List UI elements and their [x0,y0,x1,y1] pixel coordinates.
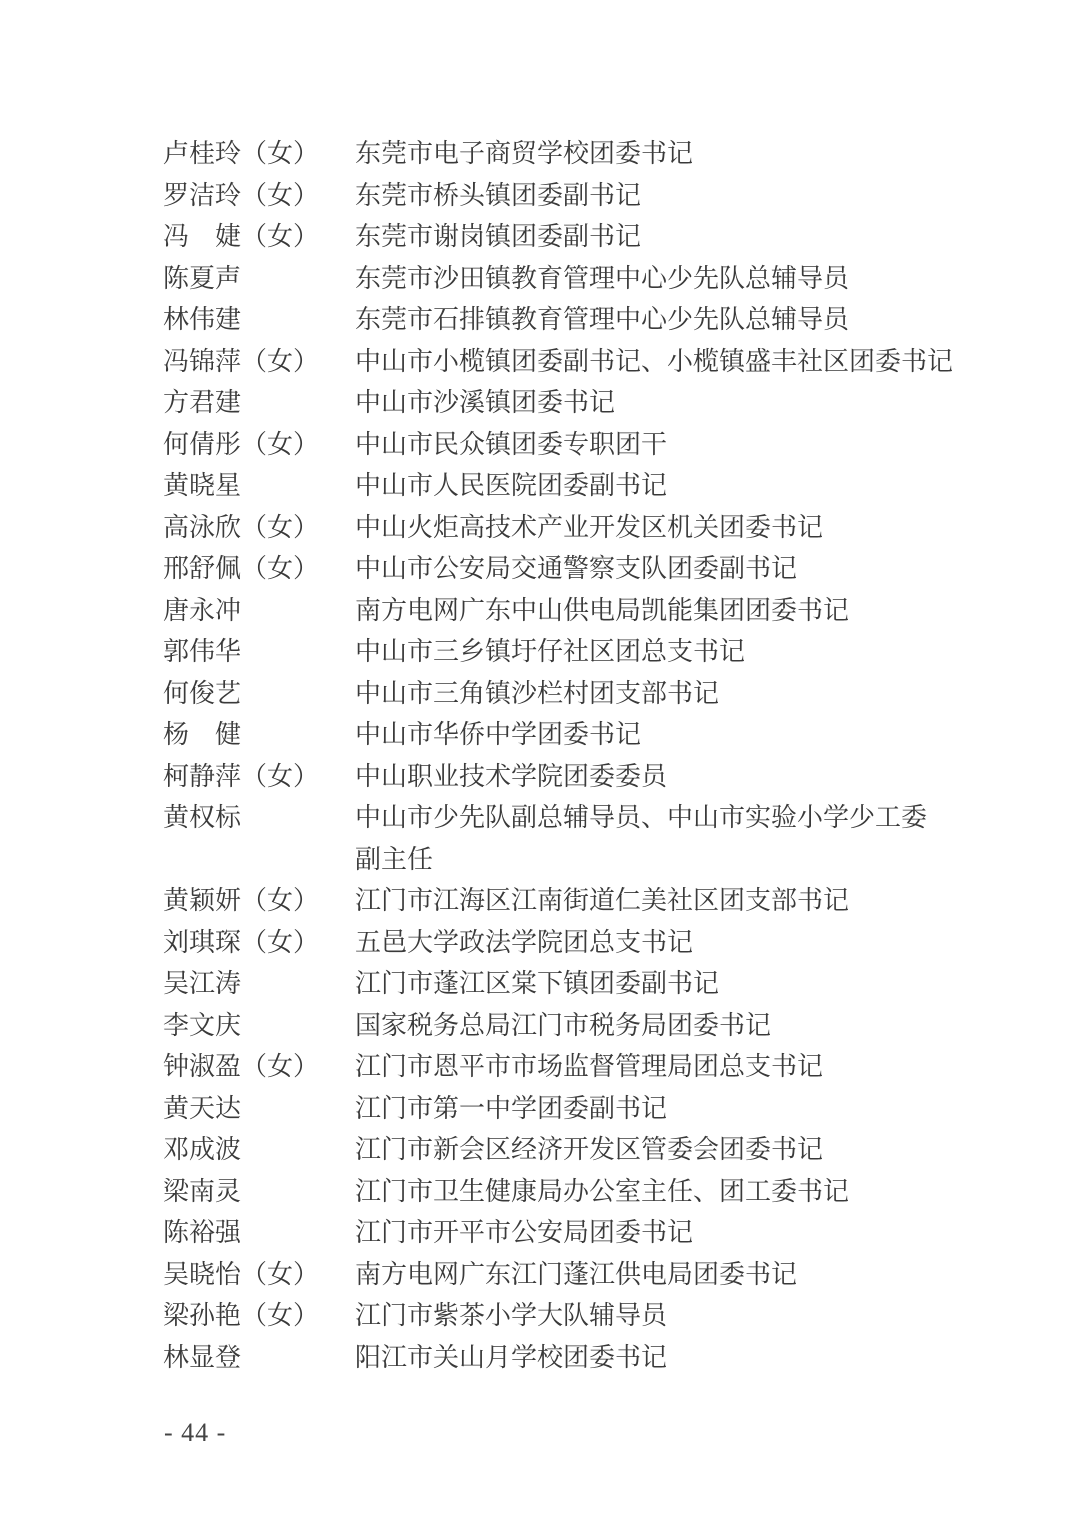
roster-row: 吴晓怡（女）南方电网广东江门蓬江供电局团委书记 [0,1261,1080,1291]
roster-row: 高泳欣（女）中山火炬高技术产业开发区机关团委书记 [0,514,1080,544]
person-position: 中山市三角镇沙栏村团支部书记 [355,680,719,707]
person-position: 江门市紫茶小学大队辅导员 [355,1302,667,1329]
person-position: 南方电网广东中山供电局凯能集团团委书记 [355,597,849,624]
person-position: 中山市沙溪镇团委书记 [355,389,615,416]
person-name: 冯锦萍（女） [163,348,319,375]
person-position: 江门市卫生健康局办公室主任、团工委书记 [355,1178,849,1205]
person-name: 陈夏声 [163,265,241,292]
person-name: 唐永冲 [163,597,241,624]
person-name: 吴晓怡（女） [163,1261,319,1288]
person-name: 罗洁玲（女） [163,182,319,209]
person-position: 国家税务总局江门市税务局团委书记 [355,1012,771,1039]
person-name: 何倩彤（女） [163,431,319,458]
roster-row-continuation: 副主任 [0,846,1080,876]
person-position: 江门市恩平市市场监督管理局团总支书记 [355,1053,823,1080]
person-name: 钟淑盈（女） [163,1053,319,1080]
person-name: 吴江涛 [163,970,241,997]
person-name: 郭伟华 [163,638,241,665]
roster-row: 卢桂玲（女）东莞市电子商贸学校团委书记 [0,140,1080,170]
roster-row: 何倩彤（女）中山市民众镇团委专职团干 [0,431,1080,461]
person-position: 中山市华侨中学团委书记 [355,721,641,748]
roster-row: 刘琪琛（女）五邑大学政法学院团总支书记 [0,929,1080,959]
person-name: 黄权标 [163,804,241,831]
person-name: 邓成波 [163,1136,241,1163]
roster-row: 唐永冲南方电网广东中山供电局凯能集团团委书记 [0,597,1080,627]
person-name: 柯静萍（女） [163,763,319,790]
page-number: - 44 - [164,1419,226,1447]
person-name: 方君建 [163,389,241,416]
person-position: 东莞市桥头镇团委副书记 [355,182,641,209]
person-name: 黄天达 [163,1095,241,1122]
roster-row: 邢舒佩（女）中山市公安局交通警察支队团委副书记 [0,555,1080,585]
person-name: 邢舒佩（女） [163,555,319,582]
person-position: 中山职业技术学院团委委员 [355,763,667,790]
person-name: 黄颖妍（女） [163,887,319,914]
person-name: 黄晓星 [163,472,241,499]
person-position: 南方电网广东江门蓬江供电局团委书记 [355,1261,797,1288]
person-position: 东莞市电子商贸学校团委书记 [355,140,693,167]
person-name: 林显登 [163,1344,241,1371]
person-position: 中山市少先队副总辅导员、中山市实验小学少工委 [355,804,927,831]
roster-row: 黄权标中山市少先队副总辅导员、中山市实验小学少工委 [0,804,1080,834]
person-position: 副主任 [355,846,433,873]
roster-row: 方君建中山市沙溪镇团委书记 [0,389,1080,419]
person-position: 江门市蓬江区棠下镇团委副书记 [355,970,719,997]
person-name: 梁南灵 [163,1178,241,1205]
roster-row: 柯静萍（女）中山职业技术学院团委委员 [0,763,1080,793]
person-position: 东莞市沙田镇教育管理中心少先队总辅导员 [355,265,849,292]
roster-row: 李文庆国家税务总局江门市税务局团委书记 [0,1012,1080,1042]
person-name: 陈裕强 [163,1219,241,1246]
document-page: 卢桂玲（女）东莞市电子商贸学校团委书记罗洁玲（女）东莞市桥头镇团委副书记冯 婕（… [0,0,1080,1527]
roster-row: 冯 婕（女）东莞市谢岗镇团委副书记 [0,223,1080,253]
person-name: 高泳欣（女） [163,514,319,541]
roster-row: 何俊艺中山市三角镇沙栏村团支部书记 [0,680,1080,710]
person-name: 卢桂玲（女） [163,140,319,167]
roster-row: 黄颖妍（女）江门市江海区江南街道仁美社区团支部书记 [0,887,1080,917]
person-name: 林伟建 [163,306,241,333]
person-position: 阳江市关山月学校团委书记 [355,1344,667,1371]
person-name: 何俊艺 [163,680,241,707]
roster-row: 冯锦萍（女）中山市小榄镇团委副书记、小榄镇盛丰社区团委书记 [0,348,1080,378]
person-position: 东莞市石排镇教育管理中心少先队总辅导员 [355,306,849,333]
person-position: 中山市三乡镇圩仔社区团总支书记 [355,638,745,665]
roster-row: 黄晓星中山市人民医院团委副书记 [0,472,1080,502]
person-position: 中山市公安局交通警察支队团委副书记 [355,555,797,582]
roster-row: 林伟建东莞市石排镇教育管理中心少先队总辅导员 [0,306,1080,336]
roster-row: 陈裕强江门市开平市公安局团委书记 [0,1219,1080,1249]
person-position: 中山市小榄镇团委副书记、小榄镇盛丰社区团委书记 [355,348,953,375]
person-position: 五邑大学政法学院团总支书记 [355,929,693,956]
roster-row: 吴江涛江门市蓬江区棠下镇团委副书记 [0,970,1080,1000]
person-name: 杨 健 [163,721,241,748]
person-position: 中山市民众镇团委专职团干 [355,431,667,458]
roster-row: 林显登阳江市关山月学校团委书记 [0,1344,1080,1374]
person-name: 李文庆 [163,1012,241,1039]
roster-row: 黄天达江门市第一中学团委副书记 [0,1095,1080,1125]
person-name: 刘琪琛（女） [163,929,319,956]
roster-row: 梁南灵江门市卫生健康局办公室主任、团工委书记 [0,1178,1080,1208]
person-position: 江门市江海区江南街道仁美社区团支部书记 [355,887,849,914]
roster-row: 邓成波江门市新会区经济开发区管委会团委书记 [0,1136,1080,1166]
person-position: 东莞市谢岗镇团委副书记 [355,223,641,250]
roster-row: 陈夏声东莞市沙田镇教育管理中心少先队总辅导员 [0,265,1080,295]
person-position: 中山火炬高技术产业开发区机关团委书记 [355,514,823,541]
person-name: 梁孙艳（女） [163,1302,319,1329]
roster-row: 郭伟华中山市三乡镇圩仔社区团总支书记 [0,638,1080,668]
person-name: 冯 婕（女） [163,223,319,250]
person-position: 江门市开平市公安局团委书记 [355,1219,693,1246]
roster-row: 杨 健中山市华侨中学团委书记 [0,721,1080,751]
roster-row: 罗洁玲（女）东莞市桥头镇团委副书记 [0,182,1080,212]
person-position: 江门市第一中学团委副书记 [355,1095,667,1122]
roster-row: 梁孙艳（女）江门市紫茶小学大队辅导员 [0,1302,1080,1332]
roster-row: 钟淑盈（女）江门市恩平市市场监督管理局团总支书记 [0,1053,1080,1083]
person-position: 江门市新会区经济开发区管委会团委书记 [355,1136,823,1163]
person-position: 中山市人民医院团委副书记 [355,472,667,499]
